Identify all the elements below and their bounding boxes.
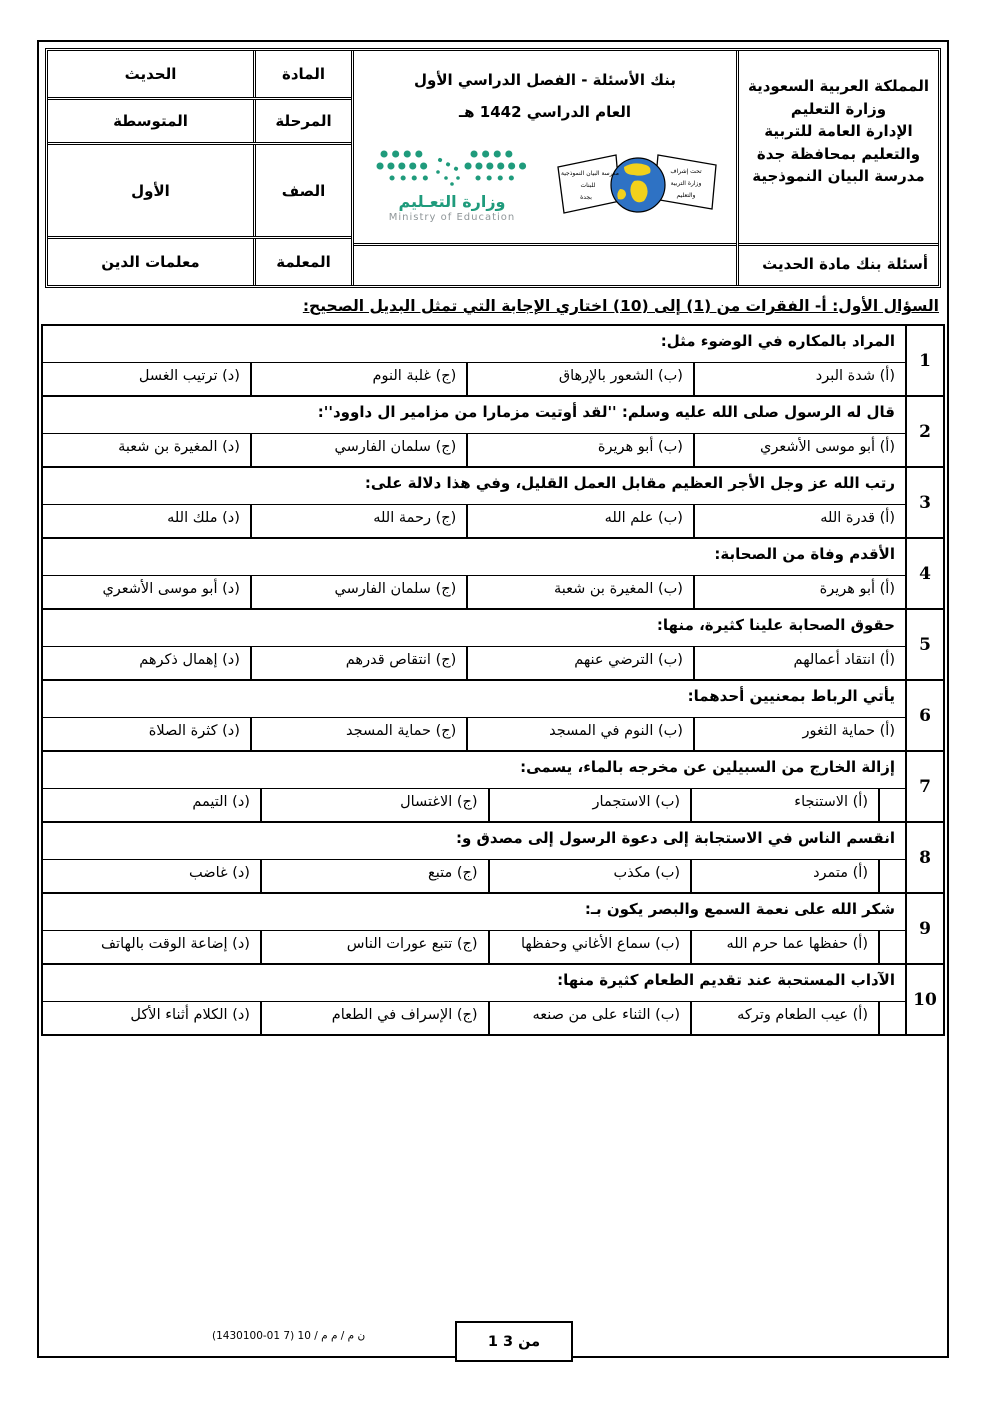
option-a: (أ) انتقاد أعمالهم xyxy=(693,647,905,679)
question-number: 5 xyxy=(905,610,943,679)
exam-document-page: المملكة العربية السعودية وزارة التعليم ا… xyxy=(0,0,992,1403)
footer-doc-code: ن م / م م / 10 (7 01-1430100) xyxy=(212,1330,365,1342)
question-row-4: 4 الأقدم وفاة من الصحابة: (أ) أبو هريرة … xyxy=(43,539,943,610)
option-a: (أ) قدرة الله xyxy=(693,505,905,537)
moe-logo: وزارة التعـليم Ministry of Education xyxy=(368,148,536,223)
info-value-teacher: معلمات الدين xyxy=(48,253,253,271)
question-row-5: 5 حقوق الصحابة علينا كثيرة، منها: (أ) ان… xyxy=(43,610,943,681)
emblem-school-girls: للبنات xyxy=(581,182,596,189)
question-number: 8 xyxy=(905,823,943,892)
option-d: (د) الكلام أثناء الأكل xyxy=(43,1002,260,1034)
emblem-supervision-3: والتعليم xyxy=(677,192,696,199)
info-row-subject: المادة الحديث xyxy=(48,51,351,100)
option-c: (ج) الاغتسال xyxy=(260,789,488,821)
academic-year: العام الدراسي 1442 هـ xyxy=(354,97,736,129)
option-b: (ب) الشعور بالإرهاق xyxy=(466,363,693,395)
school-emblem-icon: مدرسة البيان النموذجية للبنات بجدة تحت إ… xyxy=(554,149,722,223)
info-value-stage: المتوسطة xyxy=(48,112,253,130)
option-a: (أ) حفظها عما حرم الله xyxy=(690,931,878,963)
option-b: (ب) مكذب xyxy=(488,860,691,892)
option-b: (ب) المغيرة بن شعبة xyxy=(466,576,693,608)
option-c: (ج) الإسراف في الطعام xyxy=(260,1002,488,1034)
ministry-line-ministry: وزارة التعليم xyxy=(739,98,938,121)
option-a: (أ) أبو موسى الأشعري xyxy=(693,434,905,466)
ministry-line-region: والتعليم بمحافظة جدة xyxy=(739,143,938,166)
question-stem: الآداب المستحبة عند تقديم الطعام كثيرة م… xyxy=(43,965,905,1002)
moe-logo-dots-icon xyxy=(368,148,536,190)
ministry-line-country: المملكة العربية السعودية xyxy=(739,75,938,98)
question-stem: حقوق الصحابة علينا كثيرة، منها: xyxy=(43,610,905,647)
question-stem: رتب الله عز وجل الأجر العظيم مقابل العمل… xyxy=(43,468,905,505)
option-d: (د) المغيرة بن شعبة xyxy=(43,434,250,466)
question-row-1: 1 المراد بالمكاره في الوضوء مثل: (أ) شدة… xyxy=(43,326,943,397)
question-row-10: 10 الآداب المستحبة عند تقديم الطعام كثير… xyxy=(43,965,943,1034)
question-number: 4 xyxy=(905,539,943,608)
logos-row: مدرسة البيان النموذجية للبنات بجدة تحت إ… xyxy=(354,128,736,243)
options-right-spacer xyxy=(878,1002,905,1034)
question-stem: إزالة الخارج من السبيلين عن مخرجه بالماء… xyxy=(43,752,905,789)
emblem-school-name: مدرسة البيان النموذجية xyxy=(561,170,619,177)
question-stem: الأقدم وفاة من الصحابة: xyxy=(43,539,905,576)
ministry-info-panel: المملكة العربية السعودية وزارة التعليم ا… xyxy=(736,51,938,285)
options-right-spacer xyxy=(878,789,905,821)
option-a: (أ) متمرد xyxy=(690,860,878,892)
option-a: (أ) الاستنجاء xyxy=(690,789,878,821)
info-row-grade: الصف الأول xyxy=(48,145,351,239)
option-d: (د) أبو موسى الأشعري xyxy=(43,576,250,608)
exam-title: بنك الأسئلة - الفصل الدراسي الأول xyxy=(354,65,736,97)
question-row-2: 2 قال له الرسول صلى الله عليه وسلم: ''لق… xyxy=(43,397,943,468)
info-label-subject: المادة xyxy=(253,51,351,97)
question-stem: المراد بالمكاره في الوضوء مثل: xyxy=(43,326,905,363)
option-d: (د) ترتيب الغسل xyxy=(43,363,250,395)
question-number: 6 xyxy=(905,681,943,750)
option-b: (ب) علم الله xyxy=(466,505,693,537)
option-b: (ب) أبو هريرة xyxy=(466,434,693,466)
question-row-8: 8 انقسم الناس في الاستجابة إلى دعوة الرس… xyxy=(43,823,943,894)
option-d: (د) إضاعة الوقت بالهاتف xyxy=(43,931,260,963)
emblem-school-city: بجدة xyxy=(580,194,592,201)
question-number: 9 xyxy=(905,894,943,963)
question-number: 7 xyxy=(905,752,943,821)
option-c: (ج) رحمة الله xyxy=(250,505,466,537)
question-row-3: 3 رتب الله عز وجل الأجر العظيم مقابل الع… xyxy=(43,468,943,539)
option-d: (د) كثرة الصلاة xyxy=(43,718,250,750)
question-stem: يأتي الرباط بمعنيين أحدهما: xyxy=(43,681,905,718)
instruction-line: السؤال الأول: أ- الفقرات من (1) إلى (10)… xyxy=(47,294,939,318)
page-border: المملكة العربية السعودية وزارة التعليم ا… xyxy=(37,40,949,1358)
question-table: 1 المراد بالمكاره في الوضوء مثل: (أ) شدة… xyxy=(41,324,945,1036)
question-bank-label: أسئلة بنك مادة الحديث xyxy=(739,243,938,285)
question-number: 2 xyxy=(905,397,943,466)
option-a: (أ) أبو هريرة xyxy=(693,576,905,608)
emblem-supervision-1: تحت إشراف xyxy=(670,168,702,175)
ministry-line-school: مدرسة البيان النموذجية xyxy=(739,165,938,188)
info-value-grade: الأول xyxy=(48,182,253,200)
question-number: 3 xyxy=(905,468,943,537)
ministry-line-administration: الإدارة العامة للتربية xyxy=(739,120,938,143)
question-stem: قال له الرسول صلى الله عليه وسلم: ''لقد … xyxy=(43,397,905,434)
emblem-supervision-2: وزارة التربية xyxy=(671,180,702,187)
option-d: (د) إهمال ذكرهم xyxy=(43,647,250,679)
moe-logo-english: Ministry of Education xyxy=(389,212,515,223)
option-c: (ج) سلمان الفارسي xyxy=(250,434,466,466)
options-right-spacer xyxy=(878,860,905,892)
header: المملكة العربية السعودية وزارة التعليم ا… xyxy=(45,48,941,288)
option-c: (ج) حماية المسجد xyxy=(250,718,466,750)
question-row-6: 6 يأتي الرباط بمعنيين أحدهما: (أ) حماية … xyxy=(43,681,943,752)
info-label-grade: الصف xyxy=(253,145,351,236)
option-b: (ب) الاستجمار xyxy=(488,789,691,821)
option-b: (ب) النوم في المسجد xyxy=(466,718,693,750)
info-label-stage: المرحلة xyxy=(253,100,351,142)
question-stem: شكر الله على نعمة السمع والبصر يكون بـ: xyxy=(43,894,905,931)
ministry-info-block: المملكة العربية السعودية وزارة التعليم ا… xyxy=(739,51,938,243)
question-row-7: 7 إزالة الخارج من السبيلين عن مخرجه بالم… xyxy=(43,752,943,823)
option-a: (أ) شدة البرد xyxy=(693,363,905,395)
info-row-stage: المرحلة المتوسطة xyxy=(48,100,351,145)
header-center-panel: بنك الأسئلة - الفصل الدراسي الأول العام … xyxy=(354,51,736,285)
header-empty-cell xyxy=(354,243,736,285)
question-row-9: 9 شكر الله على نعمة السمع والبصر يكون بـ… xyxy=(43,894,943,965)
page-number-box: 1 من 3 xyxy=(455,1321,573,1362)
info-row-teacher: المعلمة معلمات الدين xyxy=(48,239,351,285)
option-c: (ج) تتبع عورات الناس xyxy=(260,931,488,963)
option-d: (د) غاضب xyxy=(43,860,260,892)
question-stem: انقسم الناس في الاستجابة إلى دعوة الرسول… xyxy=(43,823,905,860)
option-c: (ج) انتقاص قدرهم xyxy=(250,647,466,679)
page-number-label: 1 من 3 xyxy=(488,1334,540,1350)
option-d: (د) ملك الله xyxy=(43,505,250,537)
option-c: (ج) سلمان الفارسي xyxy=(250,576,466,608)
option-b: (ب) سماع الأغاني وحفظها xyxy=(488,931,691,963)
info-table: المادة الحديث المرحلة المتوسطة الصف الأو… xyxy=(48,51,354,285)
info-label-teacher: المعلمة xyxy=(253,239,351,285)
info-value-subject: الحديث xyxy=(48,65,253,83)
option-c: (ج) متبع xyxy=(260,860,488,892)
option-a: (أ) حماية الثغور xyxy=(693,718,905,750)
option-d: (د) التيمم xyxy=(43,789,260,821)
question-number: 10 xyxy=(905,965,943,1034)
option-a: (أ) عيب الطعام وتركه xyxy=(690,1002,878,1034)
options-right-spacer xyxy=(878,931,905,963)
option-c: (ج) غلبة النوم xyxy=(250,363,466,395)
question-number: 1 xyxy=(905,326,943,395)
exam-title-block: بنك الأسئلة - الفصل الدراسي الأول العام … xyxy=(354,51,736,128)
option-b: (ب) الترضي عنهم xyxy=(466,647,693,679)
option-b: (ب) الثناء على من صنعه xyxy=(488,1002,691,1034)
moe-logo-arabic: وزارة التعـليم xyxy=(399,192,506,211)
